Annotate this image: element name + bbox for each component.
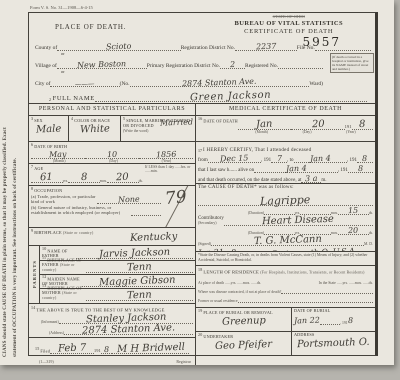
- filed-number: 15: [35, 346, 39, 351]
- dod-year-value: 8: [359, 120, 366, 130]
- occupation-label: OCCUPATION: [34, 188, 62, 193]
- father-birthplace-number: 11: [42, 255, 46, 260]
- mother-number: 12: [42, 274, 46, 279]
- age-days-value: 20: [116, 173, 129, 183]
- location-fields: 5957 (If death occurred in a hospital or…: [29, 39, 375, 87]
- year-caption: (Year): [346, 130, 356, 134]
- former-residence-field: [238, 293, 373, 303]
- undertaker-label: UNDERTAKER: [203, 334, 233, 339]
- bureau-heading: BUREAU OF VITAL STATISTICS: [235, 20, 343, 28]
- village-field: New Boston: [57, 56, 147, 69]
- sex-number: 3: [31, 116, 33, 121]
- dod-number: 16: [198, 116, 202, 121]
- color-value: White: [79, 125, 109, 136]
- form-number: Form V. S. No. 31—1908—6-4-15: [30, 5, 93, 10]
- father-birthplace-value: Tenn: [127, 263, 152, 274]
- certificate-frame: PLACE OF DEATH. STATE OF OHIO BUREAU OF …: [28, 12, 378, 356]
- last-saw-year-prefix: , 191: [338, 168, 348, 174]
- dob-day-value: 10: [107, 151, 117, 159]
- death-time-value: 3 a: [305, 175, 318, 183]
- informant-label: (Informant): [41, 320, 59, 324]
- age-months-unit: mos.: [100, 179, 107, 183]
- undertaker-number: 20: [198, 332, 202, 337]
- county-row: County of Scioto Registration District N…: [35, 39, 371, 51]
- undertaker-address-cell: ADDRESS Portsmouth O.: [292, 332, 375, 355]
- medical-certificate-title: MEDICAL CERTIFICATE OF DEATH: [196, 103, 375, 115]
- undertaker-value: Geo Pfeifer: [215, 340, 272, 352]
- certification-block: 17I HEREBY CERTIFY, That I attended dece…: [196, 141, 375, 183]
- last-saw-year-field: 8: [348, 162, 373, 173]
- filed-year-value: 8: [104, 346, 109, 354]
- month-caption: (Month): [255, 130, 268, 134]
- dod-day-value: 20: [312, 120, 325, 130]
- primary-registration-label: Primary Registration District No.: [147, 63, 220, 69]
- parents-vertical-label: PARENTS: [29, 246, 40, 303]
- filed-year-field: 8: [101, 338, 112, 354]
- father-number: 10: [42, 246, 46, 251]
- death-time-field: 3 a: [301, 172, 321, 183]
- filed-date-field: Feb 7: [50, 338, 94, 354]
- dob-year-value: 1856: [156, 151, 177, 160]
- registration-district-label: Registration District No.: [181, 45, 235, 51]
- registered-no-label: Registered No.: [245, 63, 278, 69]
- mother-name-value: Maggie Gibson: [99, 276, 176, 289]
- marital-value: Married: [160, 118, 193, 127]
- age-days-unit: ds.: [139, 179, 143, 183]
- cause-footnote: *State the Disease Causing Death, or, in…: [196, 251, 375, 265]
- father-birthplace-field: Tenn: [86, 260, 193, 273]
- occupation-row: 79 8OCCUPATION (a) Trade, profession, or…: [29, 185, 195, 227]
- former-residence-label: Former or usual residence: [198, 299, 238, 303]
- village-label: Village of: [35, 63, 57, 69]
- dob-month-value: May: [49, 151, 67, 160]
- file-no-field: [315, 38, 371, 51]
- marital-number: 5: [123, 116, 125, 121]
- dob-month-field: May: [31, 149, 85, 159]
- day-caption: (Day): [303, 130, 312, 134]
- mother-birthplace-value: Tenn: [127, 291, 152, 302]
- burial-place-cell: 19PLACE OF BURIAL OR REMOVAL Greenup: [196, 308, 292, 331]
- age-months-field: 8: [68, 171, 100, 183]
- certify-from-value: Dec 15: [220, 155, 249, 164]
- last-saw-year-value: 8: [358, 165, 363, 173]
- full-name-label: FULL NAME: [53, 95, 95, 102]
- margin-instruction-line: CIANS should state CAUSE OF DEATH in pla…: [1, 14, 11, 357]
- personal-particulars-column: PERSONAL AND STATISTICAL PARTICULARS 3SE…: [29, 103, 196, 365]
- occupation-a-field: None: [97, 194, 161, 204]
- dod-day-field: 20: [291, 116, 344, 130]
- father-birthplace-row: 11BIRTHPLACE OF FATHER (State or country…: [40, 260, 195, 274]
- filed-date-value: Feb 7: [58, 344, 87, 355]
- place-of-death-heading: PLACE OF DEATH.: [55, 23, 126, 39]
- dod-month-value: Jan: [256, 120, 273, 131]
- burial-date-cell: DATE OF BURIAL Jan 22 , 191 8: [292, 308, 375, 331]
- registrar-value: M H Bridwell: [116, 343, 184, 355]
- undertaker-row: 20UNDERTAKER Geo Pfeifer ADDRESS Portsmo…: [196, 331, 375, 355]
- burial-year-value: 8: [348, 317, 353, 325]
- sex-cell: 3SEX Male: [29, 116, 69, 141]
- city-label: City of: [35, 81, 50, 87]
- dob-year-field: 1856: [139, 149, 193, 159]
- burial-year-prefix: , 191: [340, 321, 348, 325]
- secondary-caption: (Secondary): [198, 221, 217, 225]
- registration-district-value: 2237: [256, 43, 277, 52]
- age-note: If LESS than 1 day ......hrs. or ......m…: [145, 165, 193, 173]
- date-of-birth-row: 6DATE OF BIRTH May 10 1856 (Month) (Day)…: [29, 141, 195, 163]
- occupation-b-field: [131, 207, 161, 216]
- county-value: Scioto: [106, 43, 132, 52]
- primary-registration-value: 2: [230, 61, 235, 69]
- mother-name-field: Maggie Gibson: [82, 274, 193, 287]
- residence-label: LENGTH OF RESIDENCE: [203, 270, 259, 275]
- full-name-field: Green Jackson: [95, 86, 367, 102]
- informant-block: 14THE ABOVE IS TRUE TO THE BEST OF MY KN…: [29, 303, 195, 337]
- county-label: County of: [35, 45, 57, 51]
- age-number: 7: [31, 164, 33, 169]
- birthplace-value: Kentucky: [129, 232, 177, 244]
- mother-birthplace-row: 13BIRTHPLACE OF MOTHER (State or country…: [40, 288, 195, 302]
- full-name-number: 2: [49, 97, 52, 102]
- residence-at-place: At place of death ......yrs. ......mos. …: [198, 281, 261, 285]
- village-row: Village of New Boston Primary Registrati…: [35, 57, 371, 69]
- registrar-field: M H Bridwell: [112, 338, 189, 354]
- burial-number: 19: [198, 308, 202, 313]
- length-of-residence-block: 18LENGTH OF RESIDENCE (For Hospitals, In…: [196, 265, 375, 307]
- informant-number: 14: [31, 305, 35, 310]
- parents-label: PARENTS: [32, 260, 37, 288]
- color-number: 4: [71, 116, 73, 121]
- mother-birthplace-field: Tenn: [86, 288, 193, 301]
- residence-sub-label: (For Hospitals, Institutions, Transients…: [260, 271, 364, 275]
- age-days-field: 20: [107, 171, 139, 183]
- age-years-field: 61: [31, 171, 63, 183]
- certificate-columns: PERSONAL AND STATISTICAL PARTICULARS 3SE…: [29, 103, 375, 365]
- occupation-number: 8: [31, 186, 33, 191]
- sex-color-marital-row: 3SEX Male 4COLOR OR RACE White 5SINGLE, …: [29, 115, 195, 141]
- age-months-value: 8: [81, 173, 88, 183]
- death-certificate-scan: CIANS should state CAUSE OF DEATH in pla…: [0, 0, 394, 365]
- sex-value: Male: [36, 125, 62, 136]
- county-field: Scioto: [57, 38, 181, 51]
- informant-address-label: (Address): [49, 331, 64, 335]
- filed-year-prefix: 191: [94, 349, 101, 354]
- birthplace-label: BIRTHPLACE: [34, 230, 62, 235]
- dod-month-field: Jan: [238, 116, 291, 130]
- color-cell: 4COLOR OR RACE White: [69, 116, 121, 141]
- left-margin-instructions: CIANS should state CAUSE OF DEATH in pla…: [1, 14, 27, 357]
- margin-instruction-line: statement of OCCUPATION is very importan…: [11, 14, 21, 357]
- parents-block: PARENTS 10NAME OF FATHER Jarvis Jackson …: [29, 245, 195, 303]
- signed-caption: (Signed): [198, 242, 211, 246]
- last-saw-label: that I last saw h...... alive on: [198, 168, 254, 174]
- certify-number: 17: [198, 149, 202, 153]
- birthplace-row: 9BIRTHPLACE (State or country) Kentucky: [29, 227, 195, 245]
- registrar-caption: Registrar: [176, 359, 191, 364]
- occupation-b-label: (b) General nature of industry, business…: [31, 206, 131, 216]
- burial-place-value: Greenup: [221, 317, 265, 329]
- birthplace-sub-label: (State or country): [63, 231, 93, 235]
- full-name-value: Green Jackson: [190, 91, 272, 104]
- father-name-value: Jarvis Jackson: [99, 248, 170, 260]
- burial-date-value: Jan 22: [294, 317, 320, 326]
- dob-number: 6: [31, 142, 33, 147]
- occupation-a-value: None: [118, 196, 140, 205]
- filed-row: 15Filed Feb 7 191 8 M H Bridwell Registr…: [29, 337, 195, 365]
- dod-label: DATE OF DEATH: [203, 118, 237, 123]
- dob-day-field: 10: [85, 149, 139, 159]
- undertaker-address-value: Portsmouth O.: [297, 338, 370, 351]
- age-row: If LESS than 1 day ......hrs. or ......m…: [29, 163, 195, 185]
- birthplace-number: 9: [31, 228, 33, 233]
- marital-cell: 5SINGLE, MARRIED, WIDOWED OR DIVORCED (W…: [121, 116, 195, 141]
- state-heading: STATE OF OHIO: [235, 14, 343, 20]
- township-value: ———: [75, 80, 95, 87]
- mother-birthplace-number: 13: [42, 283, 46, 288]
- personal-particulars-title: PERSONAL AND STATISTICAL PARTICULARS: [29, 103, 195, 115]
- date-of-death-row: 16DATE OF DEATH Jan 20 191 8 (Month) (Da…: [196, 115, 375, 141]
- handwritten-79-mark: 79: [164, 187, 188, 209]
- certify-from-label: from: [198, 158, 208, 164]
- burial-date-field: [320, 313, 340, 325]
- residence-number: 18: [198, 267, 202, 272]
- full-name-row: 2 FULL NAME Green Jackson: [29, 87, 375, 103]
- marital-sub-label: (Write the word): [123, 129, 193, 133]
- medical-certificate-column: MEDICAL CERTIFICATE OF DEATH 16DATE OF D…: [196, 103, 375, 365]
- age-years-value: 61: [40, 173, 53, 183]
- cause-of-death-block: The CAUSE OF DEATH* was as follows: Lagr…: [196, 183, 375, 251]
- dod-year-field: 8: [352, 116, 373, 130]
- last-saw-field: Jan 4: [254, 162, 338, 173]
- registered-no-field: [278, 56, 323, 69]
- registration-district-field: 2237: [235, 38, 297, 51]
- ds-unit: ds.: [369, 231, 373, 235]
- sex-label: SEX: [34, 118, 43, 123]
- undertaker-address-label: ADDRESS: [294, 332, 314, 337]
- filed-label: Filed: [40, 348, 50, 353]
- occupation-a-label: (a) Trade, profession, or particular kin…: [31, 195, 97, 205]
- form-code: (1—319): [39, 359, 54, 364]
- village-value: New Boston: [77, 60, 126, 70]
- burial-row: 19PLACE OF BURIAL OR REMOVAL Greenup DAT…: [196, 307, 375, 331]
- father-name-field: Jarvis Jackson: [76, 246, 193, 259]
- hospital-note: (If death occurred in a hospital or inst…: [330, 53, 374, 73]
- informant-address-value: 2874 Stanton Ave.: [82, 323, 175, 336]
- undertaker-cell: 20UNDERTAKER Geo Pfeifer: [196, 332, 292, 355]
- primary-registration-field: 2: [220, 56, 245, 69]
- informant-address-field: 2874 Stanton Ave.: [64, 323, 193, 335]
